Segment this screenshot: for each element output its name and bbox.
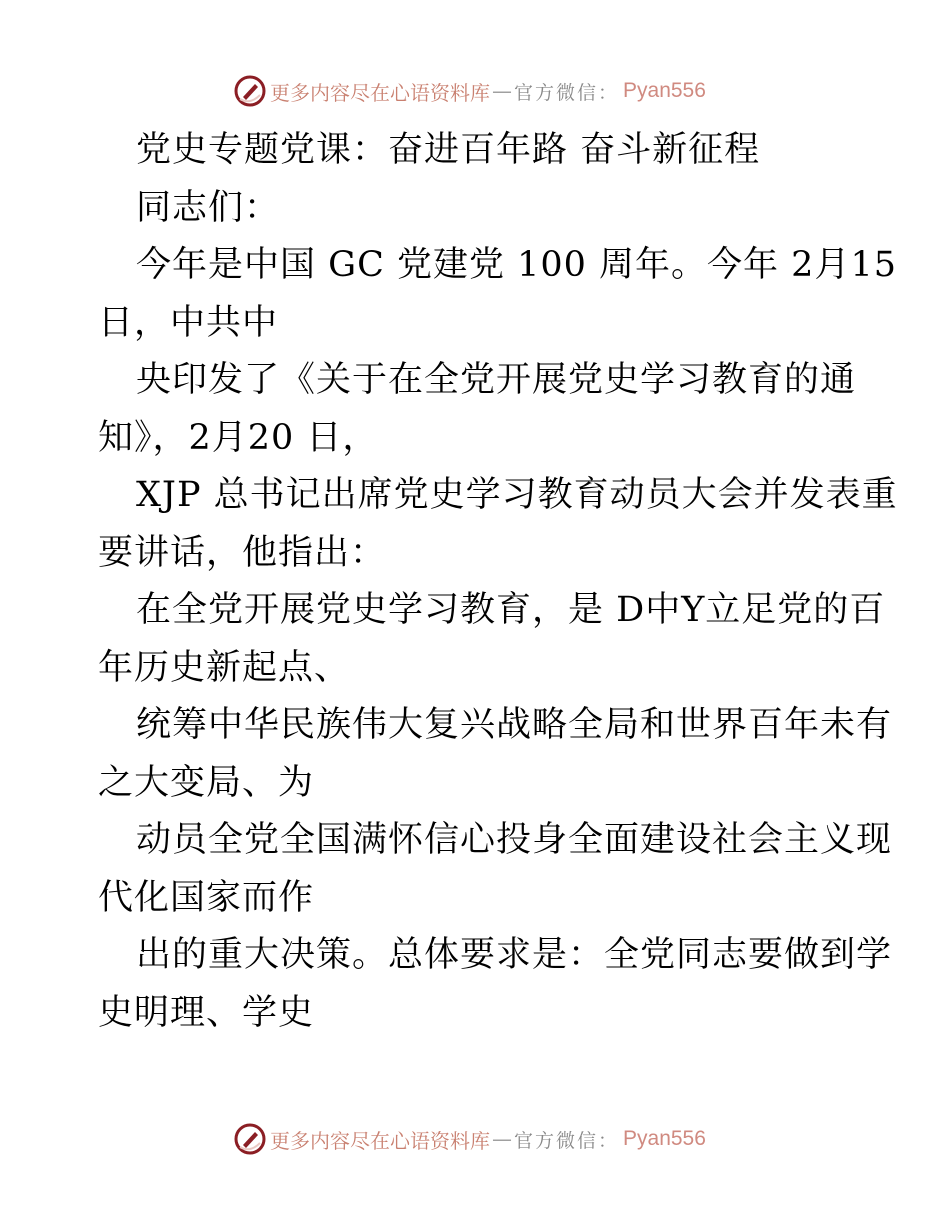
paragraph-line: 代化国家而作 <box>98 870 858 928</box>
watermark-label: 官方微信： <box>514 1126 619 1153</box>
paragraph-line: 史明理、学史 <box>98 985 858 1043</box>
paragraph-line: 要讲话，他指出： <box>98 525 858 583</box>
pen-logo-icon <box>234 75 266 107</box>
pen-logo-icon <box>234 1123 266 1155</box>
footer-watermark: 更多内容尽在心语资料库 — 官方微信： Pyan556 <box>234 1121 706 1157</box>
header-watermark: 更多内容尽在心语资料库 — 官方微信： Pyan556 <box>234 73 706 109</box>
salutation: 同志们： <box>98 180 858 238</box>
watermark-label: 官方微信： <box>514 78 619 105</box>
paragraph-line: 央印发了《关于在全党开展党史学习教育的通 <box>98 352 858 410</box>
watermark-brand-text: 更多内容尽在心语资料库 <box>270 77 490 106</box>
document-body: 党史专题党课：奋进百年路 奋斗新征程 同志们： 今年是中国 GC 党建党 100… <box>98 122 858 1042</box>
paragraph-line: 日，中共中 <box>98 295 858 353</box>
document-title: 党史专题党课：奋进百年路 奋斗新征程 <box>98 122 858 180</box>
watermark-wechat-id: Pyan556 <box>623 79 706 103</box>
paragraph-line: 动员全党全国满怀信心投身全面建设社会主义现 <box>98 812 858 870</box>
paragraph-line: 年历史新起点、 <box>98 640 858 698</box>
watermark-dash: — <box>492 79 512 103</box>
paragraph-line: 今年是中国 GC 党建党 100 周年。今年 2月15 <box>98 237 858 295</box>
paragraph-line: 知》，2月20 日， <box>98 410 858 468</box>
watermark-dash: — <box>492 1127 512 1151</box>
paragraph-line: XJP 总书记出席党史学习教育动员大会并发表重 <box>98 467 858 525</box>
paragraph-line: 之大变局、为 <box>98 755 858 813</box>
paragraph-line: 在全党开展党史学习教育，是 D中Y立足党的百 <box>98 582 858 640</box>
paragraph-line: 统筹中华民族伟大复兴战略全局和世界百年未有 <box>98 697 858 755</box>
watermark-brand-text: 更多内容尽在心语资料库 <box>270 1125 490 1154</box>
watermark-wechat-id: Pyan556 <box>623 1127 706 1151</box>
paragraph-line: 出的重大决策。总体要求是：全党同志要做到学 <box>98 927 858 985</box>
